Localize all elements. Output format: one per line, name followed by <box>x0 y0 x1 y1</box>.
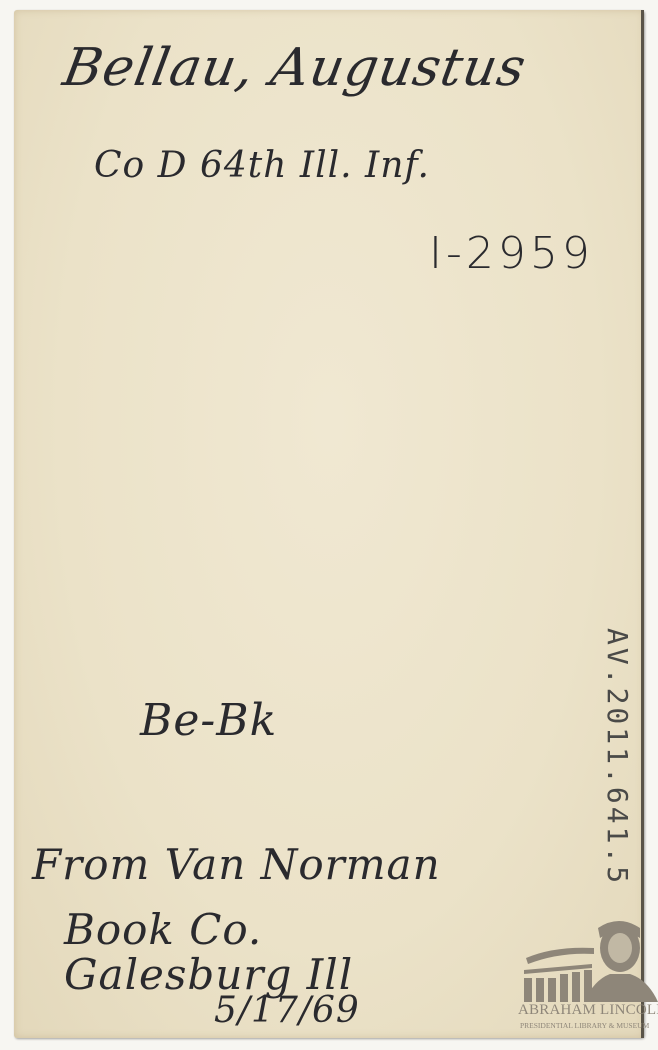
handwritten-date: 5/17/69 <box>214 990 360 1031</box>
handwritten-code: Be-Bk <box>140 695 277 746</box>
watermark-subtitle: PRESIDENTIAL LIBRARY & MUSEUM <box>520 1021 649 1030</box>
source-line-2: Book Co. <box>64 905 262 954</box>
accession-number: AV.2011.641.5 <box>601 628 634 886</box>
source-line-1: From Van Norman <box>32 840 441 889</box>
watermark-title: ABRAHAM LINCOLN <box>518 1002 658 1019</box>
library-watermark: ABRAHAM LINCOLN PRESIDENTIAL LIBRARY & M… <box>514 918 658 1038</box>
lincoln-portrait-logo-icon <box>514 918 658 1002</box>
photo-card-reverse: Bellau, Augustus Co D 64th Ill. Inf. I-2… <box>14 10 644 1038</box>
catalog-number: I-2959 <box>429 228 594 279</box>
handwritten-name: Bellau, Augustus <box>59 38 531 98</box>
handwritten-unit: Co D 64th Ill. Inf. <box>94 145 430 186</box>
